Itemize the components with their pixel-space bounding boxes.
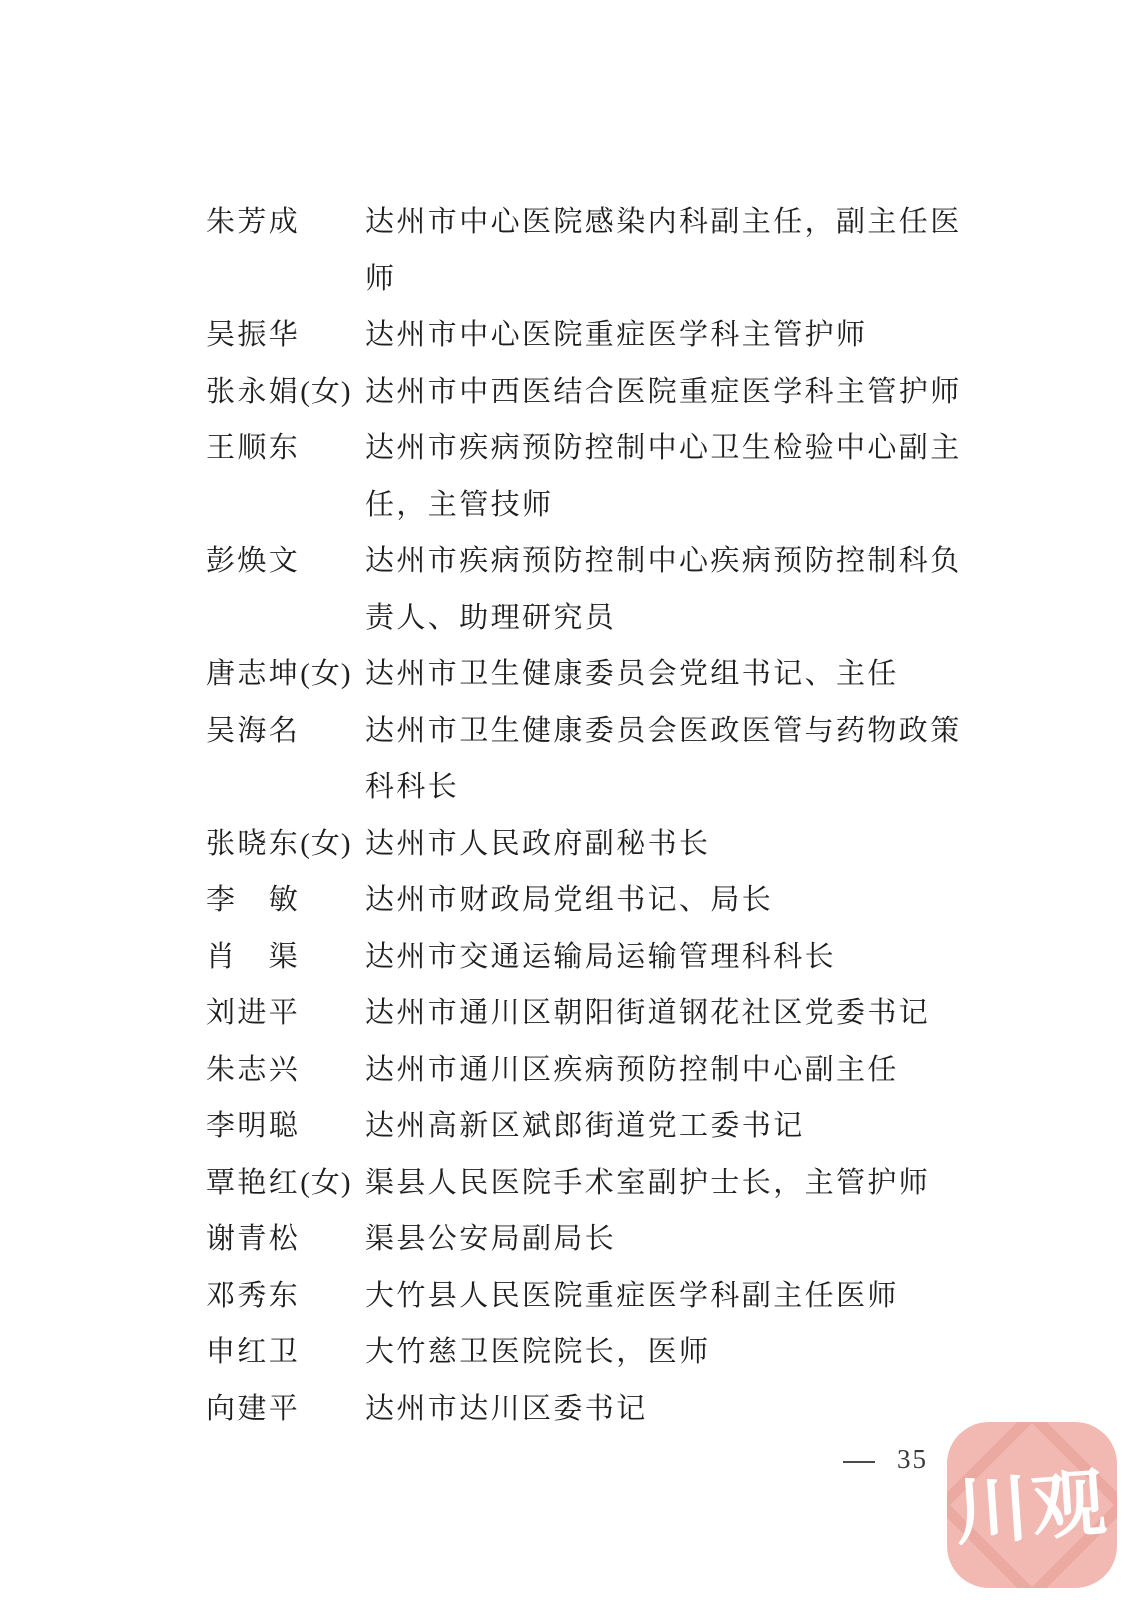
person-name-text: 李明聪 bbox=[206, 1110, 300, 1142]
person-name-text: 彭焕文 bbox=[206, 545, 300, 577]
person-name-text: 刘进平 bbox=[206, 997, 300, 1029]
person-position: 达州市交通运输局运输管理科科长 bbox=[365, 929, 969, 986]
person-position: 达州市人民政府副秘书长 bbox=[365, 816, 969, 873]
roster-entry: 朱芳成 达州市中心医院感染内科副主任，副主任医师 bbox=[206, 194, 978, 307]
person-position: 达州市中心医院重症医学科主管护师 bbox=[365, 307, 969, 364]
person-position: 达州市卫生健康委员会医政医管与药物政策科科长 bbox=[365, 703, 969, 816]
person-name-text: 吴振华 bbox=[206, 319, 300, 351]
person-name: 李 敏 bbox=[206, 872, 365, 929]
person-name: 谢青松 bbox=[206, 1211, 365, 1268]
person-position: 达州市财政局党组书记、局长 bbox=[365, 872, 969, 929]
person-position: 渠县公安局副局长 bbox=[365, 1211, 969, 1268]
watermark-text: 川观 bbox=[947, 1466, 1117, 1552]
person-name: 覃艳红(女) bbox=[206, 1155, 365, 1212]
person-position: 达州市疾病预防控制中心疾病预防控制科负责人、助理研究员 bbox=[365, 533, 969, 646]
person-position: 达州市中西医结合医院重症医学科主管护师 bbox=[365, 364, 969, 421]
person-position: 达州市通川区疾病预防控制中心副主任 bbox=[365, 1042, 969, 1099]
person-name: 刘进平 bbox=[206, 985, 365, 1042]
person-name: 朱芳成 bbox=[206, 194, 365, 251]
gender-note: (女) bbox=[300, 1167, 351, 1199]
roster-entry: 谢青松 渠县公安局副局长 bbox=[206, 1211, 978, 1268]
person-name-text: 张晓东 bbox=[206, 828, 300, 860]
person-position: 达州市中心医院感染内科副主任，副主任医师 bbox=[365, 194, 969, 307]
roster-entry: 朱志兴 达州市通川区疾病预防控制中心副主任 bbox=[206, 1042, 978, 1099]
person-name-text: 覃艳红 bbox=[206, 1167, 300, 1199]
person-position: 大竹慈卫医院院长，医师 bbox=[365, 1324, 969, 1381]
roster-entry: 张永娟(女) 达州市中西医结合医院重症医学科主管护师 bbox=[206, 364, 978, 421]
roster-entry: 吴海名 达州市卫生健康委员会医政医管与药物政策科科长 bbox=[206, 703, 978, 816]
person-position: 大竹县人民医院重症医学科副主任医师 bbox=[365, 1268, 969, 1325]
roster-entry: 覃艳红(女) 渠县人民医院手术室副护士长，主管护师 bbox=[206, 1155, 978, 1212]
person-name: 吴振华 bbox=[206, 307, 365, 364]
person-name-text: 谢青松 bbox=[206, 1223, 300, 1255]
person-name: 彭焕文 bbox=[206, 533, 365, 590]
person-position: 渠县人民医院手术室副护士长，主管护师 bbox=[365, 1155, 969, 1212]
person-name-text: 向建平 bbox=[206, 1393, 300, 1425]
footer-left-dash bbox=[843, 1461, 875, 1463]
person-position: 达州市疾病预防控制中心卫生检验中心副主任，主管技师 bbox=[365, 420, 969, 533]
roster-entry: 彭焕文 达州市疾病预防控制中心疾病预防控制科负责人、助理研究员 bbox=[206, 533, 978, 646]
chuanguan-watermark-logo: 川观 bbox=[947, 1422, 1117, 1588]
roster-entry: 王顺东 达州市疾病预防控制中心卫生检验中心副主任，主管技师 bbox=[206, 420, 978, 533]
person-position: 达州市通川区朝阳街道钢花社区党委书记 bbox=[365, 985, 969, 1042]
person-name-text: 朱芳成 bbox=[206, 206, 300, 238]
person-name: 李明聪 bbox=[206, 1098, 365, 1155]
roster-entry: 李 敏 达州市财政局党组书记、局长 bbox=[206, 872, 978, 929]
person-name-text: 唐志坤 bbox=[206, 658, 300, 690]
person-name-text: 张永娟 bbox=[206, 376, 300, 408]
person-name: 申红卫 bbox=[206, 1324, 365, 1381]
person-name: 唐志坤(女) bbox=[206, 646, 365, 703]
roster-entry: 向建平 达州市达川区委书记 bbox=[206, 1381, 978, 1438]
person-name: 肖 渠 bbox=[206, 929, 365, 986]
page-number: 35 bbox=[897, 1444, 928, 1475]
person-name-text: 肖 渠 bbox=[206, 941, 300, 973]
roster-entry: 李明聪 达州高新区斌郎街道党工委书记 bbox=[206, 1098, 978, 1155]
gender-note: (女) bbox=[300, 376, 351, 408]
person-name: 张晓东(女) bbox=[206, 816, 365, 873]
roster-entry: 邓秀东 大竹县人民医院重症医学科副主任医师 bbox=[206, 1268, 978, 1325]
person-name-text: 申红卫 bbox=[206, 1336, 300, 1368]
person-name: 张永娟(女) bbox=[206, 364, 365, 421]
person-position: 达州市达川区委书记 bbox=[365, 1381, 969, 1438]
person-name: 朱志兴 bbox=[206, 1042, 365, 1099]
roster-list: 朱芳成 达州市中心医院感染内科副主任，副主任医师 吴振华 达州市中心医院重症医学… bbox=[206, 194, 978, 1437]
roster-entry: 张晓东(女) 达州市人民政府副秘书长 bbox=[206, 816, 978, 873]
person-name: 邓秀东 bbox=[206, 1268, 365, 1325]
roster-entry: 唐志坤(女) 达州市卫生健康委员会党组书记、主任 bbox=[206, 646, 978, 703]
person-name: 吴海名 bbox=[206, 703, 365, 760]
person-name-text: 王顺东 bbox=[206, 432, 300, 464]
roster-entry: 刘进平 达州市通川区朝阳街道钢花社区党委书记 bbox=[206, 985, 978, 1042]
person-position: 达州市卫生健康委员会党组书记、主任 bbox=[365, 646, 969, 703]
gender-note: (女) bbox=[300, 828, 351, 860]
person-name: 向建平 bbox=[206, 1381, 365, 1438]
person-name-text: 李 敏 bbox=[206, 884, 300, 916]
person-name-text: 邓秀东 bbox=[206, 1280, 300, 1312]
roster-entry: 申红卫 大竹慈卫医院院长，医师 bbox=[206, 1324, 978, 1381]
roster-entry: 肖 渠 达州市交通运输局运输管理科科长 bbox=[206, 929, 978, 986]
person-name-text: 朱志兴 bbox=[206, 1054, 300, 1086]
gender-note: (女) bbox=[300, 658, 351, 690]
roster-entry: 吴振华 达州市中心医院重症医学科主管护师 bbox=[206, 307, 978, 364]
person-name-text: 吴海名 bbox=[206, 715, 300, 747]
person-position: 达州高新区斌郎街道党工委书记 bbox=[365, 1098, 969, 1155]
person-name: 王顺东 bbox=[206, 420, 365, 477]
